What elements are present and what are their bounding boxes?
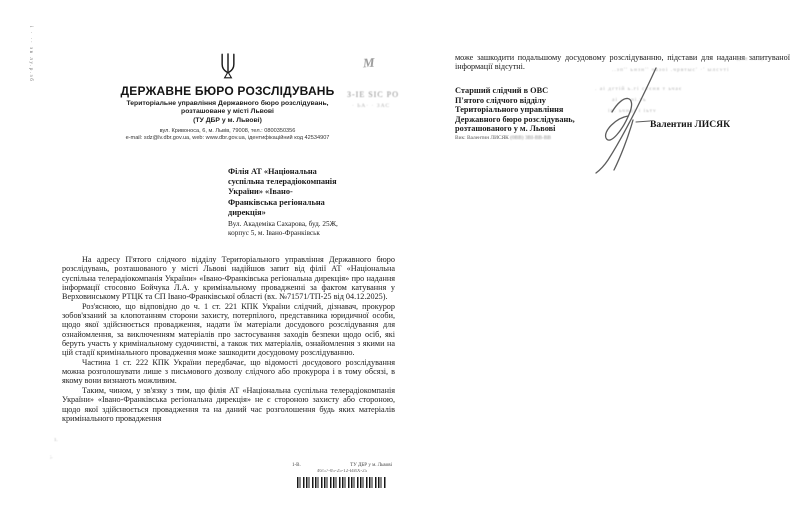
letter-body-page1: На адресу П'ятого слідчого відділу Терит… [62,255,395,423]
executor-phone-blurred: (0ВВ) 3ВІ-ВВ-ВВ [510,135,551,141]
registration-stamp: 1-В. ТУ ДБР у м. Львові 46/57-05-25-12-В… [288,463,396,488]
ukraine-trident-icon [219,52,237,82]
recipient-name-line: дирекція» [228,208,398,218]
recipient-name-line: Франківська регіональна [228,198,398,208]
stamp-number: 46/57-05-25-12-ВИХ-25 [288,469,396,475]
signer-name: Валентин ЛИСЯК [650,119,730,130]
letterhead-subtitle-3: (ТУ ДБР у м. Львові) [85,117,370,125]
letterhead-address-2: e-mail: sdz@lv.dbr.gov.ua, web: www.dbr.… [85,135,370,142]
body-paragraph-3: Частина 1 ст. 222 КПК України передбачає… [62,358,395,386]
letterhead-subtitle-2: розташоване у місті Львові [85,108,370,116]
page-title: ДЕРЖАВНЕ БЮРО РОЗСЛІДУВАНЬ [85,84,370,98]
executor-line: Вик: Валентин ЛИСЯК (0ВВ) 3ВІ-ВВ-ВВ [455,135,551,141]
scan-artifact-speck: ;. [50,455,53,460]
letterhead: ДЕРЖАВНЕ БЮРО РОЗСЛІДУВАНЬ Територіальне… [85,52,370,142]
recipient-address-line: корпус 5, м. Івано-Франківськ [228,229,398,238]
scan-artifact-title-ghost: З-ІЕ SІС РО [347,90,399,99]
recipient-name-line: суспільна телерадіокомпанія [228,177,398,187]
scan-artifact-speck: 1. [54,438,58,443]
recipient-name-line: України» «Івано- [228,187,398,197]
barcode [297,477,387,488]
recipient-name-line: Філія АТ «Національна [228,167,398,177]
body-paragraph-2: Роз'яснюю, що відповідно до ч. 1 ст. 221… [62,302,395,358]
executor-name: Вик: Валентин ЛИСЯК [455,135,509,141]
body-paragraph-4: Таким, чином, у зв'язку з тим, що філія … [62,386,395,423]
scan-artifact-handwritten-mark: М [362,55,375,72]
scan-artifact-ghost: для зосу.: [737,56,769,62]
recipient-block: Філія АТ «Національна суспільна телераді… [228,167,398,237]
scanned-document: і · ·· зв лу.р.зб ДЕРЖАВНЕ БЮРО РОЗСЛІДУ… [0,0,800,520]
scan-artifact-subtitle-ghost: · ЬА· · ЗАС [352,103,390,109]
scan-artifact-edge-stamp: і · ·· зв лу.р.зб [28,26,34,82]
body-paragraph-1: На адресу П'ятого слідчого відділу Терит… [62,255,395,302]
recipient-address-line: Вул. Академіка Сахарова, буд. 25Ж, [228,220,398,229]
